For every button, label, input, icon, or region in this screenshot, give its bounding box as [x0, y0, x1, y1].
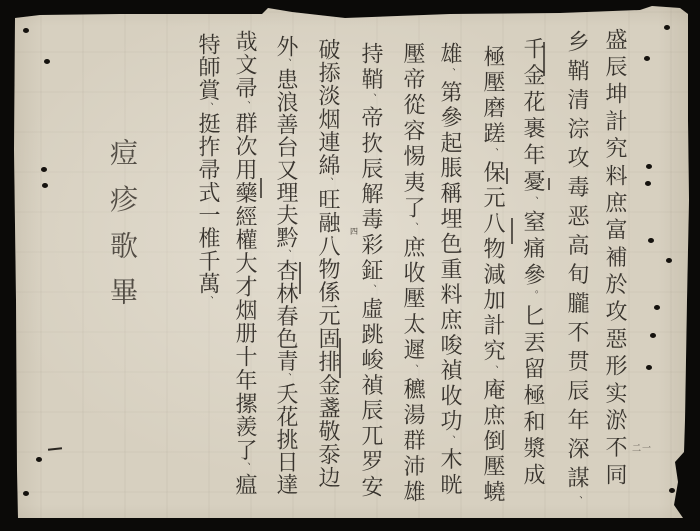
binding-hole	[645, 181, 651, 186]
proofreading-mark	[511, 218, 513, 244]
binding-hole	[44, 59, 50, 64]
binding-hole	[654, 305, 660, 310]
text-column-5: 雄、第參起脹稱埋色重料庶唆禎收功、木晄	[436, 42, 460, 495]
proofreading-mark	[299, 262, 301, 294]
proofreading-mark	[260, 178, 262, 198]
text-column-8: 破掭淡烟連綿、旺融八物係元固排金盞敬沗边	[314, 38, 338, 488]
proofreading-mark	[548, 178, 550, 190]
text-column-10: 哉文帚、群次用藥經權大才烟册十年摞羨了、瘟	[231, 30, 255, 495]
text-column-1: 盛辰坤計究料庶富補於攻惡形实淤不同	[601, 28, 625, 485]
binding-hole	[644, 56, 650, 61]
text-column-6: 壓帝從容惕夷了、庶收壓太遲、穮湯群沛雄	[399, 42, 423, 502]
proofreading-mark	[506, 168, 508, 184]
binding-hole	[666, 258, 672, 263]
binding-hole	[23, 491, 29, 496]
binding-hole	[646, 365, 652, 370]
page-number-mark: 二一	[632, 445, 652, 454]
binding-hole	[646, 164, 652, 169]
binding-hole	[36, 457, 42, 462]
binding-hole	[648, 238, 654, 243]
text-column-11: 特師賞、挺拃帚式一椎千萬、	[194, 33, 218, 305]
binding-hole	[42, 183, 48, 188]
proofreading-mark	[339, 338, 341, 378]
proofreading-mark	[543, 42, 545, 76]
text-column-2: 乡鞘清淙攻毒恶高旬朧不贯辰年深謀、	[563, 30, 587, 505]
text-column-7: 持鞘、帝扻辰解毒彩鉦、虛跳峻禎辰兀罗安	[357, 42, 381, 497]
interlinear-annotation: 四	[350, 228, 358, 236]
text-column-3: 千金花裹年憂、窒痛參。匕丟留極和漿成	[519, 37, 543, 485]
binding-hole	[664, 25, 670, 30]
binding-hole	[41, 167, 47, 172]
binding-hole	[669, 488, 675, 493]
photo-stage: 盛辰坤計究料庶富補於攻惡形实淤不同 乡鞘清淙攻毒恶高旬朧不贯辰年深謀、 千金花裹…	[0, 0, 700, 531]
text-column-4: 極壓磨蹉、保元八物減加計究、庵庶倒壓蟯	[479, 45, 503, 502]
text-column-9: 外、患浪善台又理夫黔、杏林春色青、夭花挑日達	[272, 35, 296, 495]
binding-hole	[650, 333, 656, 338]
binding-hole	[23, 28, 29, 33]
closing-title: 痘疹歌畢	[104, 138, 136, 305]
